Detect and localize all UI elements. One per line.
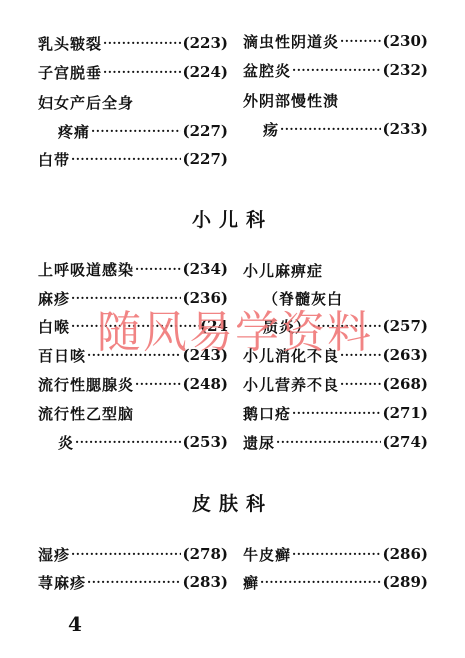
entry-page: (268) — [382, 375, 428, 393]
leader-dots — [260, 575, 381, 589]
entry-title: 子宫脱垂 — [38, 62, 102, 83]
entry-page: (253) — [182, 433, 228, 451]
entry-title: 癣 — [243, 572, 259, 593]
entry-title: 滴虫性阴道炎 — [243, 31, 339, 52]
leader-dots — [292, 63, 381, 77]
entry-title: 鹅口疮 — [243, 403, 291, 424]
toc-entry: 炎(253) — [38, 430, 228, 454]
leader-dots — [340, 34, 381, 48]
entry-title: 牛皮癣 — [243, 544, 291, 565]
toc-entry: 遗尿(274) — [243, 430, 428, 454]
leader-dots — [103, 65, 181, 79]
document-page: 乳头皲裂(223) 子宫脱垂(224) 妇女产后全身 疼痛(227) 白带(22… — [0, 0, 465, 658]
entry-page: (278) — [182, 545, 228, 563]
entry-page: (257) — [382, 317, 428, 335]
toc-entry: 子宫脱垂(224) — [38, 60, 228, 84]
toc-entry: 外阴部慢性溃 — [243, 88, 428, 112]
leader-dots — [87, 575, 181, 589]
toc-entry: 乳头皲裂(223) — [38, 31, 228, 55]
leader-dots — [276, 435, 381, 449]
leader-dots — [292, 406, 381, 420]
toc-entry: 妇女产后全身 — [38, 90, 228, 114]
entry-title: 遗尿 — [243, 432, 275, 453]
entry-title: 小儿营养不良 — [243, 374, 339, 395]
entry-page: (274) — [382, 433, 428, 451]
entry-page: (227) — [182, 150, 228, 168]
entry-page: (232) — [382, 61, 428, 79]
toc-entry: 荨麻疹(283) — [38, 570, 228, 594]
toc-entry: 盆腔炎(232) — [243, 58, 428, 82]
toc-entry: 疡(233) — [243, 117, 428, 141]
toc-entry: 流行性乙型脑 — [38, 401, 228, 425]
entry-page: (286) — [382, 545, 428, 563]
leader-dots — [135, 377, 181, 391]
toc-entry: 流行性腮腺炎(248) — [38, 372, 228, 396]
entry-title: 流行性乙型脑 — [38, 403, 134, 424]
leader-dots — [292, 547, 381, 561]
toc-entry: 小儿麻痹症 — [243, 258, 428, 282]
leader-dots — [71, 547, 181, 561]
entry-page: (248) — [182, 375, 228, 393]
entry-title: 妇女产后全身 — [38, 92, 134, 113]
entry-title: 小儿麻痹症 — [243, 260, 323, 281]
leader-dots — [340, 377, 381, 391]
entry-page: (234) — [182, 260, 228, 278]
toc-entry: 上呼吸道感染(234) — [38, 257, 228, 281]
entry-page: (289) — [382, 573, 428, 591]
section-heading-pediatrics: 小儿科 — [0, 205, 465, 232]
entry-title: 白带 — [38, 149, 70, 170]
entry-page: (233) — [382, 120, 428, 138]
entry-page: (223) — [182, 34, 228, 52]
toc-entry: 癣(289) — [243, 570, 428, 594]
leader-dots — [103, 36, 181, 50]
leader-dots — [75, 435, 181, 449]
entry-page: (263) — [382, 346, 428, 364]
entry-page: (227) — [182, 122, 228, 140]
leader-dots — [71, 152, 181, 166]
entry-title: 外阴部慢性溃 — [243, 90, 339, 111]
toc-entry: 疼痛(227) — [38, 119, 228, 143]
entry-title: 上呼吸道感染 — [38, 259, 134, 280]
entry-title: 白喉 — [38, 316, 70, 337]
entry-page: (283) — [182, 573, 228, 591]
toc-entry: 湿疹(278) — [38, 542, 228, 566]
toc-entry: 白带(227) — [38, 147, 228, 171]
entry-title: 流行性腮腺炎 — [38, 374, 134, 395]
watermark-text: 随风易学资料 — [97, 296, 373, 360]
toc-entry: 鹅口疮(271) — [243, 401, 428, 425]
leader-dots — [280, 122, 381, 136]
entry-title: 湿疹 — [38, 544, 70, 565]
entry-title: 盆腔炎 — [243, 60, 291, 81]
entry-page: (271) — [382, 404, 428, 422]
leader-dots — [135, 262, 181, 276]
toc-entry: 牛皮癣(286) — [243, 542, 428, 566]
section-heading-dermatology: 皮肤科 — [0, 489, 465, 516]
entry-page: (224) — [182, 63, 228, 81]
entry-title: 疼痛 — [58, 121, 90, 142]
entry-title: 炎 — [58, 432, 74, 453]
entry-title: 乳头皲裂 — [38, 33, 102, 54]
entry-title: 荨麻疹 — [38, 572, 86, 593]
entry-title: 麻疹 — [38, 288, 70, 309]
page-number: 4 — [68, 612, 82, 636]
entry-page: (230) — [382, 32, 428, 50]
entry-title: 百日咳 — [38, 345, 86, 366]
toc-entry: 小儿营养不良(268) — [243, 372, 428, 396]
entry-title: 疡 — [263, 119, 279, 140]
toc-entry: 滴虫性阴道炎(230) — [243, 29, 428, 53]
leader-dots — [91, 124, 181, 138]
